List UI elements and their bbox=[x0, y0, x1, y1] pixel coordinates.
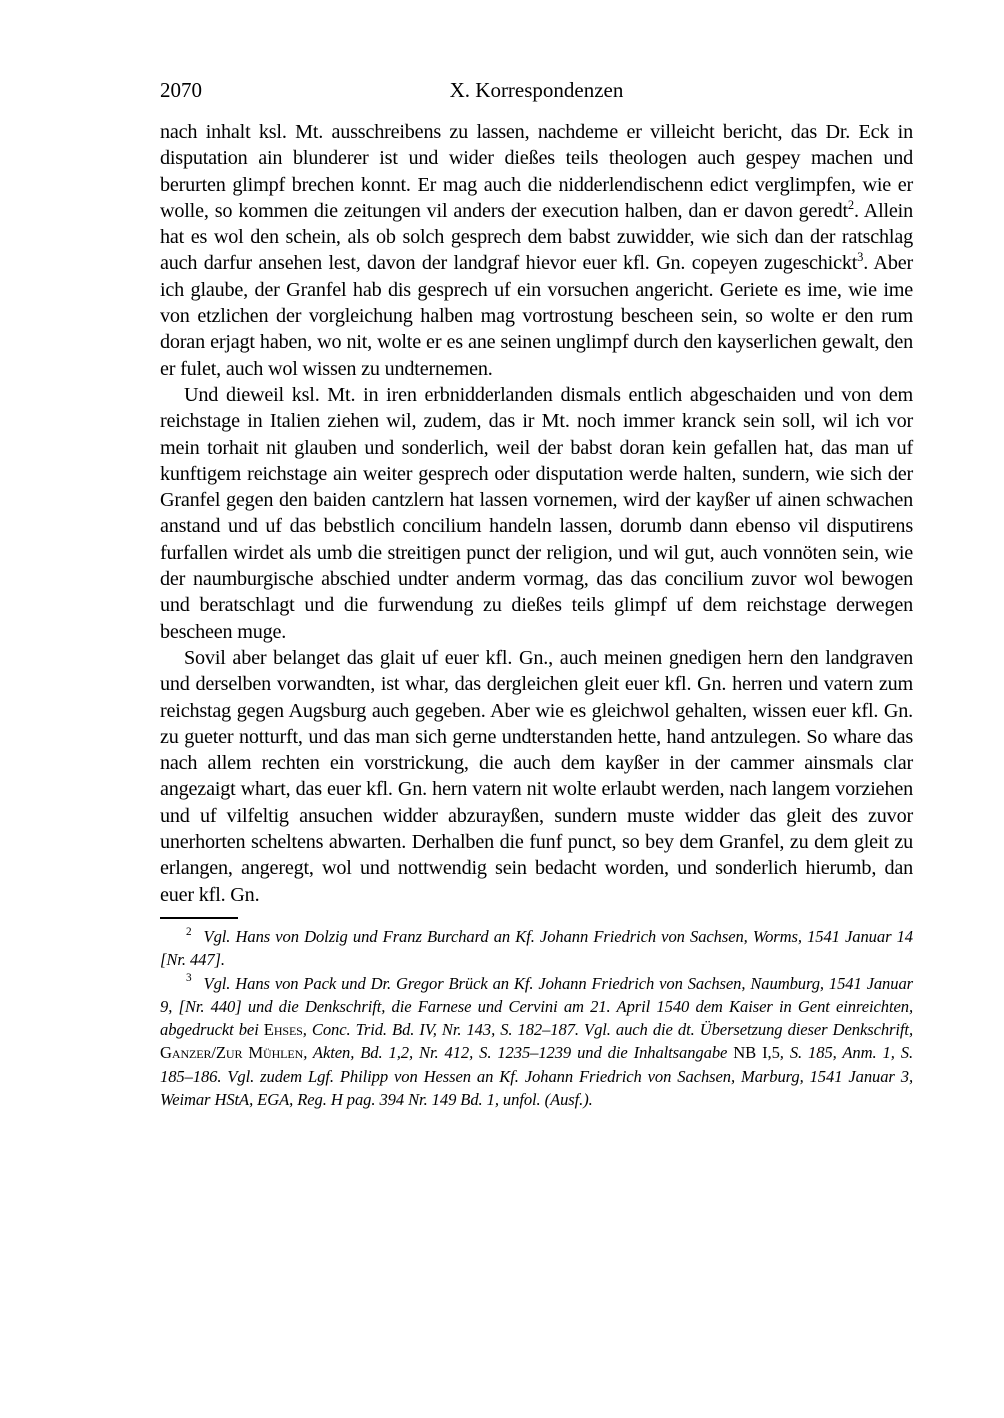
footnote-text: , Conc. Trid. Bd. IV, Nr. 143, S. 182–18… bbox=[303, 1020, 913, 1039]
body-paragraph: nach inhalt ksl. Mt. ausschreibens zu la… bbox=[160, 119, 913, 382]
footnote-separator-rule bbox=[160, 917, 238, 919]
footnote-text: Ganzer/Zur Mühlen bbox=[160, 1043, 303, 1062]
page-number: 2070 bbox=[160, 78, 202, 102]
footnote-text: Vgl. Hans von Dolzig und Franz Burchard … bbox=[160, 927, 913, 969]
body-paragraph: Und dieweil ksl. Mt. in iren erbnidderla… bbox=[160, 382, 913, 645]
footnote-marker: 2 bbox=[848, 198, 854, 212]
footnote-marker: 3 bbox=[857, 250, 863, 264]
running-header: 2070 X. Korrespondenzen bbox=[160, 78, 913, 104]
book-page: 2070 X. Korrespondenzen nach inhalt ksl.… bbox=[0, 0, 1004, 1418]
footnote-text: , Akten, Bd. 1,2, Nr. 412, S. 1235–1239 … bbox=[303, 1043, 733, 1062]
running-head-title: X. Korrespondenzen bbox=[160, 78, 913, 102]
page-body: nach inhalt ksl. Mt. ausschreibens zu la… bbox=[160, 119, 913, 908]
body-paragraph: Sovil aber belanget das glait uf euer kf… bbox=[160, 645, 913, 908]
footnote: 3Vgl. Hans von Pack und Dr. Gregor Brück… bbox=[160, 972, 913, 1112]
footnote-number: 2 bbox=[186, 926, 192, 938]
footnote: 2Vgl. Hans von Dolzig und Franz Burchard… bbox=[160, 925, 913, 972]
footnote-number: 3 bbox=[186, 972, 192, 984]
footnote-text: NB I,5 bbox=[733, 1043, 780, 1062]
footnote-section: 2Vgl. Hans von Dolzig und Franz Burchard… bbox=[160, 917, 913, 1111]
text-block: 2070 X. Korrespondenzen nach inhalt ksl.… bbox=[160, 78, 913, 1111]
footnote-list: 2Vgl. Hans von Dolzig und Franz Burchard… bbox=[160, 925, 913, 1111]
footnote-text: Ehses bbox=[264, 1020, 303, 1039]
